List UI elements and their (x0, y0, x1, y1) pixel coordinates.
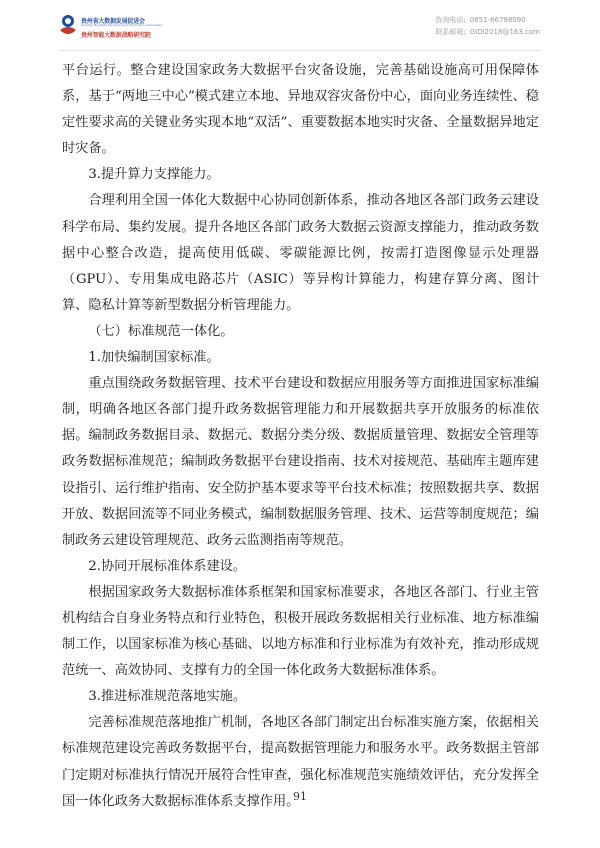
logo-subtitle: Guizhou Big Data Development Promotion A… (81, 23, 163, 27)
contact-email-value: GIDI2018@163.com (470, 26, 540, 38)
section-heading: 3.推进标准规范落地实施。 (62, 684, 539, 710)
logo-line-2: 贵州智能大数据战略研究院 (81, 30, 151, 39)
header-divider (58, 50, 542, 51)
page-number: 91 (0, 790, 600, 803)
contact-email: 联系邮箱: GIDI2018@163.com (435, 26, 540, 38)
logo-mark-icon (58, 14, 78, 38)
section-heading: 1.加快编制国家标准。 (62, 345, 539, 371)
contact-phone-label: 咨询电话: (435, 14, 465, 26)
paragraph: 重点围绕政务数据管理、技术平台建设和数据应用服务等方面推进国家标准编制，明确各地… (62, 371, 539, 554)
page-header: 贵州省大数据发展促进会 Guizhou Big Data Development… (0, 0, 600, 50)
document-body: 平台运行。整合建设国家政务大数据平台灾备设施，完善基础设施高可用保障体系，基于“… (62, 58, 539, 815)
section-heading: 3.提升算力支撑能力。 (62, 162, 539, 188)
organization-logo: 贵州省大数据发展促进会 Guizhou Big Data Development… (58, 12, 188, 42)
paragraph: 平台运行。整合建设国家政务大数据平台灾备设施，完善基础设施高可用保障体系，基于“… (62, 58, 539, 162)
contact-info: 咨询电话: 0851-86798090 联系邮箱: GIDI2018@163.c… (435, 14, 540, 38)
section-heading: （七）标准规范一体化。 (62, 319, 539, 345)
paragraph: 根据国家政务大数据标准体系框架和国家标准要求，各地区各部门、行业主管机构结合自身… (62, 580, 539, 684)
contact-phone-value: 0851-86798090 (470, 14, 526, 26)
contact-email-label: 联系邮箱: (435, 26, 465, 38)
contact-phone: 咨询电话: 0851-86798090 (435, 14, 540, 26)
paragraph: 合理利用全国一体化大数据中心协同创新体系，推动各地区各部门政务云建设科学布局、集… (62, 188, 539, 318)
section-heading: 2.协同开展标准体系建设。 (62, 554, 539, 580)
